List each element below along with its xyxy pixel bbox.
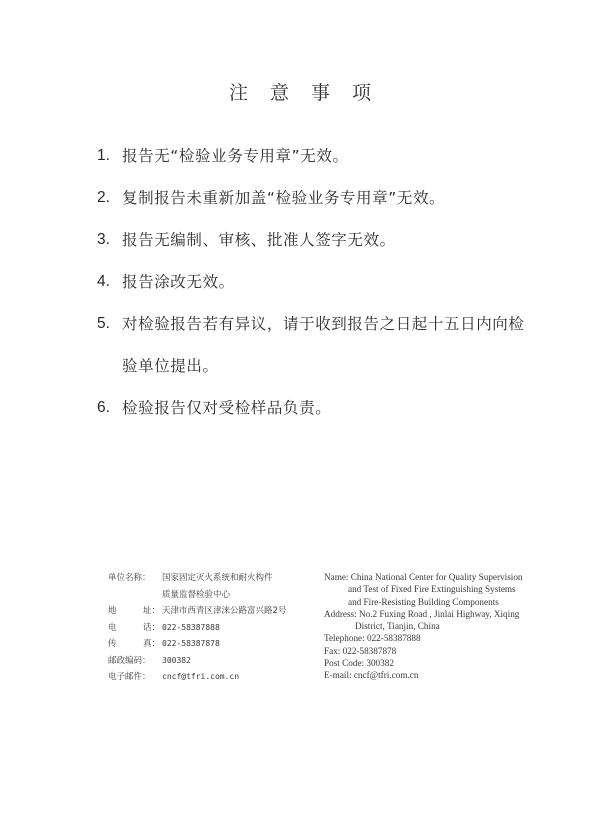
- en-email: E-mail: cncf@tfri.com.cn: [324, 669, 523, 681]
- note-text: 对检验报告若有异议，请于收到报告之日起十五日内向检: [122, 315, 525, 333]
- note-text-wrap: 对检验报告若有异议，请于收到报告之日起十五日内向检 验单位提出。: [122, 314, 557, 376]
- contact-info-chinese: 单位名称： 国家固定灭火系统和耐火构件 质量监督检验中心 地 址： 天津市西青区…: [108, 570, 286, 686]
- contact-info-english: Name: China National Center for Quality …: [324, 571, 523, 682]
- en-name-line3: and Fire-Resisting Building Components: [324, 596, 523, 608]
- fax-label: 传 真：: [108, 636, 160, 653]
- phone-label: 电 话：: [108, 620, 160, 637]
- contact-email-row: 电子邮件： cncf@tfri.com.cn: [108, 669, 286, 686]
- note-item: 3. 报告无编制、审核、批准人签字无效。: [97, 230, 557, 250]
- postcode-label: 邮政编码：: [108, 653, 160, 670]
- contact-name-row-2: 质量监督检验中心: [108, 587, 286, 604]
- note-text: 报告涂改无效。: [122, 272, 557, 292]
- fax-value: 022-58387878: [160, 636, 220, 653]
- note-item: 4. 报告涂改无效。: [97, 272, 557, 292]
- note-text: 报告无编制、审核、批准人签字无效。: [122, 230, 557, 250]
- en-name-line1: Name: China National Center for Quality …: [324, 571, 523, 583]
- en-address-line2: District, Tianjin, China: [324, 620, 523, 632]
- note-item: 1. 报告无“检验业务专用章”无效。: [97, 146, 557, 166]
- note-number: 2.: [97, 188, 122, 208]
- notes-list: 1. 报告无“检验业务专用章”无效。 2. 复制报告未重新加盖“检验业务专用章”…: [97, 146, 557, 440]
- page-title: 注意事项: [0, 78, 600, 105]
- contact-phone-row: 电 话： 022-58387888: [108, 620, 286, 637]
- contact-postcode-row: 邮政编码： 300382: [108, 653, 286, 670]
- note-item: 2. 复制报告未重新加盖“检验业务专用章”无效。: [97, 188, 557, 208]
- note-number: 4.: [97, 272, 122, 292]
- org-name-line1: 国家固定灭火系统和耐火构件: [160, 570, 273, 587]
- org-name-line2: 质量监督检验中心: [160, 587, 230, 604]
- phone-value: 022-58387888: [160, 620, 220, 637]
- address-label: 地 址：: [108, 603, 160, 620]
- note-number: 6.: [97, 398, 122, 418]
- name-label: 单位名称：: [108, 570, 160, 587]
- address-value: 天津市西青区津涞公路富兴路2号: [160, 603, 286, 620]
- note-text: 报告无“检验业务专用章”无效。: [122, 146, 557, 166]
- contact-address-row: 地 址： 天津市西青区津涞公路富兴路2号: [108, 603, 286, 620]
- note-number: 3.: [97, 230, 122, 250]
- note-text: 检验报告仅对受检样品负责。: [122, 398, 557, 418]
- note-text-continued: 验单位提出。: [122, 356, 557, 376]
- en-address-line1: Address: No.2 Fuxing Road , Jinlai Highw…: [324, 608, 523, 620]
- email-label: 电子邮件：: [108, 669, 160, 686]
- en-telephone: Telephone: 022-58387888: [324, 632, 523, 644]
- note-number: 1.: [97, 146, 122, 166]
- note-item: 6. 检验报告仅对受检样品负责。: [97, 398, 557, 418]
- note-text: 复制报告未重新加盖“检验业务专用章”无效。: [122, 188, 557, 208]
- en-post-code: Post Code: 300382: [324, 657, 523, 669]
- contact-fax-row: 传 真： 022-58387878: [108, 636, 286, 653]
- note-item: 5. 对检验报告若有异议，请于收到报告之日起十五日内向检 验单位提出。: [97, 314, 557, 376]
- email-value: cncf@tfri.com.cn: [160, 669, 239, 686]
- postcode-value: 300382: [160, 653, 191, 670]
- en-fax: Fax: 022-58387878: [324, 645, 523, 657]
- en-name-line2: and Test of Fixed Fire Extinguishing Sys…: [324, 583, 523, 595]
- contact-name-row: 单位名称： 国家固定灭火系统和耐火构件: [108, 570, 286, 587]
- note-number: 5.: [97, 314, 122, 376]
